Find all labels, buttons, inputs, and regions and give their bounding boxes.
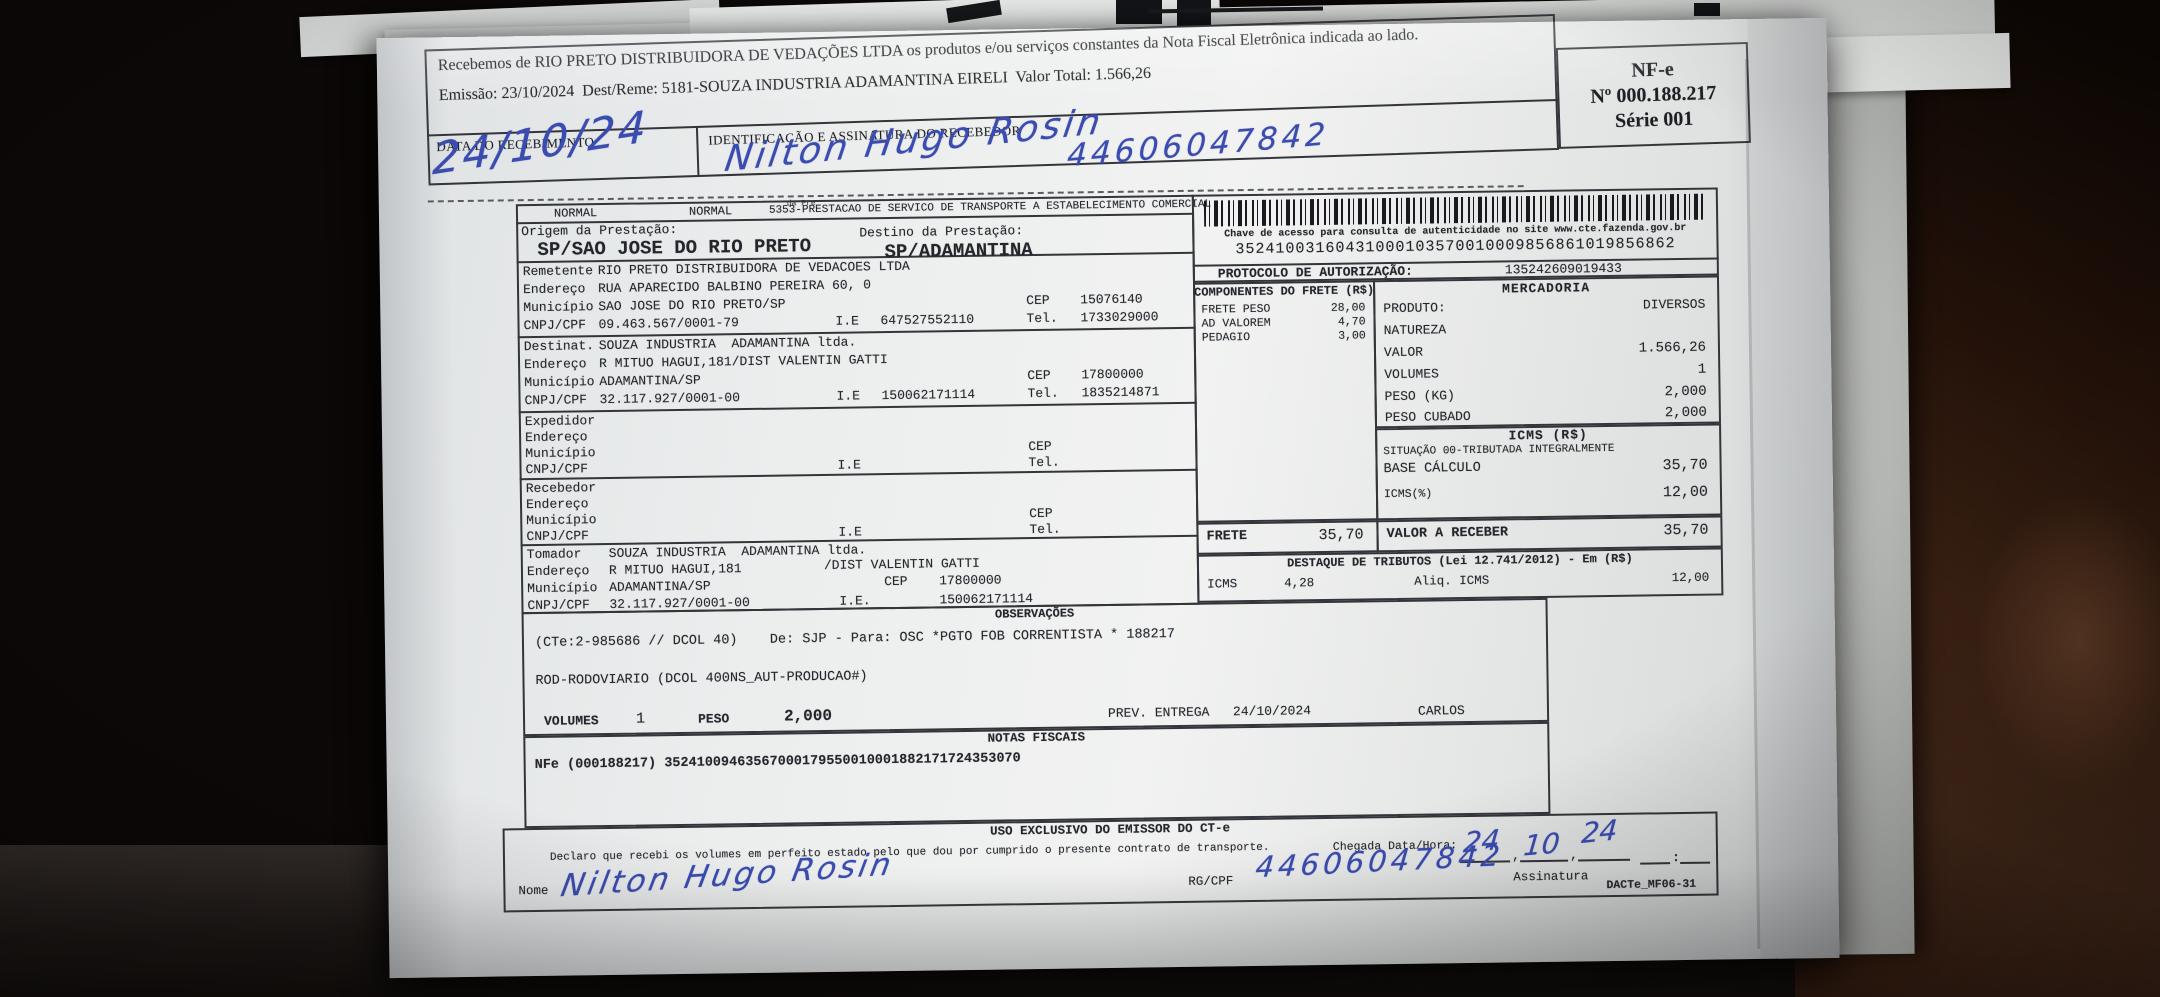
nfe-series: Série 001 xyxy=(1615,108,1694,133)
tributos-aliq-label: Aliq. ICMS xyxy=(1414,574,1489,589)
destinatario-tel: 1835214871 xyxy=(1081,384,1159,400)
conferente-name: CARLOS xyxy=(1418,703,1465,719)
produto-value: DIVERSOS xyxy=(1530,297,1705,314)
form-code: DACTe_MF06-31 xyxy=(1606,878,1696,892)
assinatura-label: Assinatura xyxy=(1513,869,1588,884)
chegada-separator: , xyxy=(1570,847,1578,862)
tel-label: Tel. xyxy=(1026,311,1057,326)
remetente-label: Remetente xyxy=(523,263,593,279)
valor-receber-value: 35,70 xyxy=(1613,522,1708,540)
obs-volumes-label: VOLUMES xyxy=(544,713,599,729)
ie-label: I.E xyxy=(835,313,859,328)
endereco-label: Endereço xyxy=(527,563,590,579)
remetente-cnpj: 09.463.567/0001-79 xyxy=(598,315,739,332)
photo-of-dacte-document: DACTE Transporte Recebemos de RIO PRETO … xyxy=(0,0,2160,997)
receipt-stub: Recebemos de RIO PRETO DISTRIBUIDORA DE … xyxy=(424,8,1758,202)
frete-value: 35,70 xyxy=(1268,526,1363,544)
nfe-number: Nº 000.188.217 xyxy=(1590,82,1717,109)
destinatario-label: Destinat. xyxy=(524,338,594,354)
destinatario-cep: 17800000 xyxy=(1081,366,1144,382)
cnpj-label: CNPJ/CPF xyxy=(524,392,587,408)
tel-label: Tel. xyxy=(1028,455,1059,470)
nome-label: Nome xyxy=(518,884,548,898)
remetente-ie: 647527552110 xyxy=(880,312,974,328)
valor-receber-label: VALOR A RECEBER xyxy=(1386,525,1508,542)
chegada-hora-underline xyxy=(1640,862,1670,864)
freight-item-label: PEDAGIO xyxy=(1202,331,1250,345)
recebedor-label: Recebedor xyxy=(526,480,596,496)
icms-base-label: BASE CÁLCULO xyxy=(1384,461,1481,477)
remetente-tel: 1733029000 xyxy=(1080,309,1158,325)
freight-item-value: 28,00 xyxy=(1260,301,1365,315)
cep-label: CEP xyxy=(1029,506,1053,521)
endereco-label: Endereço xyxy=(525,429,588,445)
paper-right-strip-shade xyxy=(1747,18,1839,959)
ie-label: I.E xyxy=(838,524,862,539)
prev-entrega-label: PREV. ENTREGA xyxy=(1108,705,1210,721)
tomador-endereco: R MITUO HAGUI,181 xyxy=(609,561,742,578)
ie-label: I.E xyxy=(836,388,860,403)
origem-value: SP/SAO JOSE DO RIO PRETO xyxy=(537,235,811,261)
tomador-municipio: ADAMANTINA/SP xyxy=(609,579,711,595)
modal-type-2: NORMAL xyxy=(689,204,732,219)
freight-components-title: COMPONENTES DO FRETE (R$) xyxy=(1193,283,1375,300)
cnpj-label: CNPJ/CPF xyxy=(525,461,588,477)
expedidor-label: Expedidor xyxy=(525,413,595,429)
produto-label: PRODUTO: xyxy=(1383,300,1446,316)
tributos-aliq-value: 12,00 xyxy=(1604,571,1709,586)
freight-item-value: 4,70 xyxy=(1260,315,1365,329)
prev-entrega-value: 24/10/2024 xyxy=(1233,703,1311,719)
stack-print-mark xyxy=(1177,0,1211,27)
paper-fold-line xyxy=(1745,59,1760,949)
obs-peso-label: PESO xyxy=(698,711,729,726)
volumes-value: 1 xyxy=(1531,362,1706,380)
obs-volumes-value: 1 xyxy=(636,710,645,727)
icms-aliq-label: ICMS(%) xyxy=(1384,487,1432,501)
nfe-title: NF-e xyxy=(1631,58,1674,82)
handwritten-chegada-mes: 10 xyxy=(1522,827,1561,863)
destinatario-municipio: ADAMANTINA/SP xyxy=(599,373,701,389)
ie-label: I.E xyxy=(837,457,861,472)
peso-cubado-label: PESO CUBADO xyxy=(1385,409,1471,425)
cnpj-label: CNPJ/CPF xyxy=(526,528,589,544)
tributos-icms-value: 4,28 xyxy=(1284,576,1314,590)
volumes-label: VOLUMES xyxy=(1384,366,1439,382)
destino-label: Destino da Prestação: xyxy=(859,223,1023,240)
endereco-label: Endereço xyxy=(523,281,586,297)
peso-kg-value: 2,000 xyxy=(1531,384,1706,402)
valor-value: 1.566,26 xyxy=(1531,340,1706,358)
tomador-endereco-complemento: /DIST VALENTIN GATTI xyxy=(824,556,980,573)
remetente-municipio: SAO JOSE DO RIO PRETO/SP xyxy=(598,296,785,314)
handwritten-chegada-ano: 24 xyxy=(1580,813,1618,850)
peso-cubado-value: 2,000 xyxy=(1532,405,1707,423)
tomador-label: Tomador xyxy=(527,546,582,562)
natureza-label: NATUREZA xyxy=(1384,322,1447,338)
cep-label: CEP xyxy=(1028,439,1052,454)
chegada-separator: , xyxy=(1512,848,1520,863)
nfe-number-box: NF-e Nº 000.188.217 Série 001 xyxy=(1556,42,1751,149)
destinatario-ie: 150062171114 xyxy=(881,387,975,403)
municipio-label: Município xyxy=(527,580,597,596)
endereco-label: Endereço xyxy=(524,356,587,372)
municipio-label: Município xyxy=(523,299,593,315)
valor-label: VALOR xyxy=(1384,345,1423,361)
icms-aliq-value: 12,00 xyxy=(1523,484,1708,504)
cnpj-label: CNPJ/CPF xyxy=(523,317,586,333)
tomador-cep: 17800000 xyxy=(939,572,1002,588)
tel-label: Tel. xyxy=(1027,386,1058,401)
municipio-label: Município xyxy=(526,512,596,528)
municipio-label: Município xyxy=(525,445,595,461)
cep-label: CEP xyxy=(884,574,908,589)
tel-label: Tel. xyxy=(1029,522,1060,537)
chegada-time-separator: : xyxy=(1672,850,1680,865)
destinatario-cnpj: 32.117.927/0001-00 xyxy=(599,390,740,407)
rgcpf-label: RG/CPF xyxy=(1188,874,1233,889)
cep-label: CEP xyxy=(1027,368,1051,383)
protocolo-label: PROTOCOLO DE AUTORIZAÇÃO: xyxy=(1218,264,1413,282)
cep-label: CEP xyxy=(1026,293,1050,308)
modal-type-1: NORMAL xyxy=(554,206,597,221)
chegada-min-underline xyxy=(1680,862,1710,864)
remetente-cep: 15076140 xyxy=(1080,291,1143,307)
endereco-label: Endereço xyxy=(526,496,589,512)
municipio-label: Município xyxy=(524,374,594,390)
dacte-paper: Recebemos de RIO PRETO DISTRIBUIDORA DE … xyxy=(377,18,1840,978)
freight-item-value: 3,00 xyxy=(1261,329,1366,343)
frete-label: FRETE xyxy=(1206,529,1247,545)
peso-kg-label: PESO (KG) xyxy=(1385,388,1455,404)
tributos-icms-label: ICMS xyxy=(1207,577,1237,591)
icms-base-value: 35,70 xyxy=(1522,457,1707,477)
protocolo-value: 135242609019433 xyxy=(1505,261,1622,278)
obs-peso-value: 2,000 xyxy=(784,707,832,726)
